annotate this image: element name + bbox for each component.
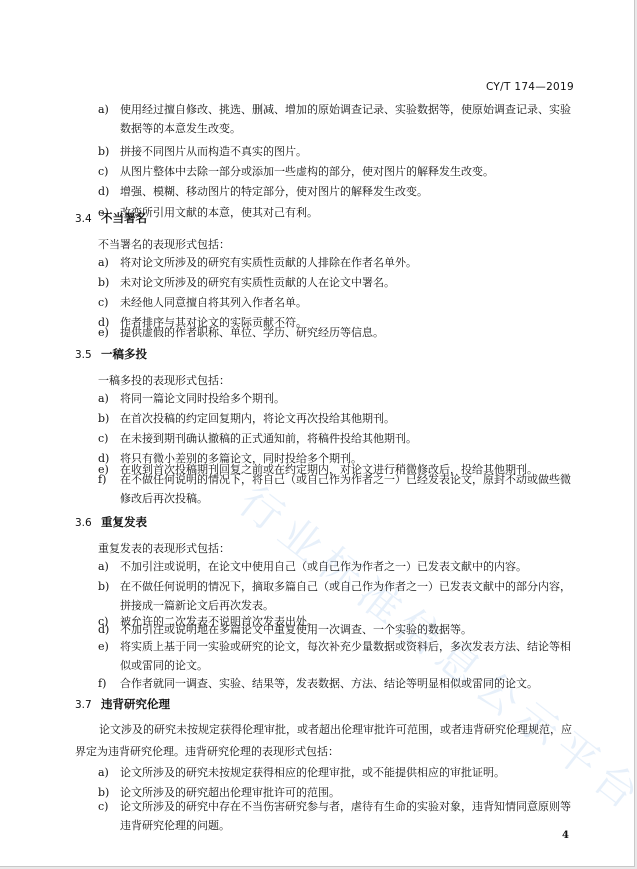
list-item: c)未经他人同意擅自将其列入作者名单。 [98, 293, 578, 312]
list-item: a)将同一篇论文同时投给多个期刊。 [98, 389, 578, 408]
list-item: b)在首次投稿的约定回复期内，将论文再次投给其他期刊。 [98, 409, 578, 428]
section-intro: 不当署名的表现形式包括： [98, 236, 230, 252]
document-page: 行业标准信息公示平台 CY/T 174—2019 a) 使用经过擅自修改、挑选、… [0, 0, 635, 867]
section-paragraph: 论文涉及的研究未按规定获得伦理审批，或者超出伦理审批许可范围，或者违背研究伦理规… [75, 719, 577, 763]
list-item: d)增强、模糊、移动图片的特定部分，使对图片的解释发生改变。 [98, 182, 578, 201]
page-number: 4 [562, 830, 569, 841]
section-heading-3-6: 3.6重复发表 [75, 514, 147, 530]
list-item: a) 使用经过擅自修改、挑选、删减、增加的原始调查记录、实验数据等，使原始调查记… [98, 100, 578, 138]
list-item: b) 在不做任何说明的情况下，摘取多篇自己（或自己作为作者之一）已发表文献中的部… [98, 577, 578, 615]
section-heading-3-7: 3.7违背研究伦理 [75, 696, 170, 712]
list-item: e)改变所引用文献的本意，使其对己有利。 [98, 203, 578, 222]
list-item: c) 论文所涉及的研究中存在不当伤害研究参与者，虐待有生命的实验对象，违背知情同… [98, 797, 578, 835]
list-item: e) 将实质上基于同一实验或研究的论文，每次补充少量数据或资料后，多次发表方法、… [98, 637, 578, 675]
list-item: f)合作者就同一调查、实验、结果等，发表数据、方法、结论等明显相似或雷同的论文。 [98, 674, 578, 693]
list-item: f) 在不做任何说明的情况下，将自己（或自己作为作者之一）已经发表论文，原封不动… [98, 470, 578, 508]
section-intro: 重复发表的表现形式包括： [98, 540, 230, 556]
section-intro: 一稿多投的表现形式包括： [98, 372, 230, 388]
list-item: c)从图片整体中去除一部分或添加一些虚构的部分，使对图片的解释发生改变。 [98, 162, 578, 181]
list-item: a)将对论文所涉及的研究有实质性贡献的人排除在作者名单外。 [98, 253, 578, 272]
standard-code: CY/T 174—2019 [486, 81, 574, 93]
section-heading-3-4: 3.4不当署名 [75, 210, 147, 226]
list-item: a)不加引注或说明，在论文中使用自己（或自己作为作者之一）已发表文献中的内容。 [98, 557, 578, 576]
list-item: a)论文所涉及的研究未按规定获得相应的伦理审批，或不能提供相应的审批证明。 [98, 763, 578, 782]
list-item: b)未对论文所涉及的研究有实质性贡献的人在论文中署名。 [98, 273, 578, 292]
list-item: e)提供虚假的作者职称、单位、学历、研究经历等信息。 [98, 323, 578, 342]
section-heading-3-5: 3.5一稿多投 [75, 346, 147, 362]
list-item: b)拼接不同图片从而构造不真实的图片。 [98, 142, 578, 161]
list-item: c)在未接到期刊确认撤稿的正式通知前，将稿件投给其他期刊。 [98, 429, 578, 448]
